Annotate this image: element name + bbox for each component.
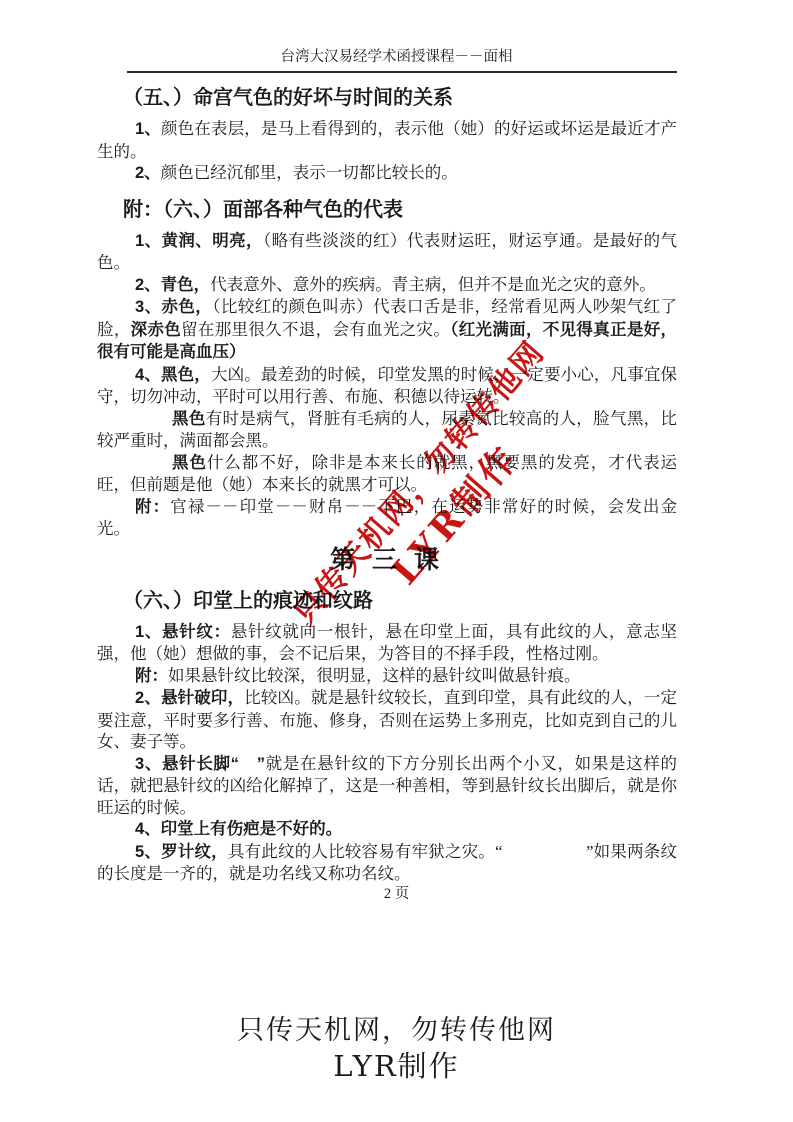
- bold-run: 附：: [135, 498, 170, 516]
- bold-run: 黑色: [172, 410, 206, 428]
- paragraph: 3、悬针长脚“ ”就是在悬针纹的下方分别长出两个小叉，如果是这样的话，就把悬针纹…: [97, 753, 677, 819]
- paragraph: 黑色什么都不好，除非是本来长的就黑，黑要黑的发亮，才代表运旺，但前题是他（她）本…: [97, 452, 677, 496]
- paragraph: 2、悬针破印，比较凶。就是悬针纹较长，直到印堂，具有此纹的人，一定要注意，平时要…: [97, 687, 677, 753]
- document-body: （五、）命宫气色的好坏与时间的关系1、颜色在表层，是马上看得到的，表示他（她）的…: [97, 85, 677, 885]
- page-number: 2 页: [0, 882, 793, 903]
- paragraph: 3、赤色，（比较红的颜色叫赤）代表口舌是非，经常看见两人吵架气红了脸，深赤色留在…: [97, 296, 677, 364]
- paragraph: 附：官禄－－印堂－－财帛－－下巴，在运势非常好的时候，会发出金光。: [97, 496, 677, 540]
- paragraph: 2、青色，代表意外、意外的疾病。青主病，但并不是血光之灾的意外。: [97, 274, 677, 297]
- paragraph: 1、悬针纹：悬针纹就向一根针，悬在印堂上面，具有此纹的人，意志坚强，他（她）想做…: [97, 621, 677, 665]
- lesson-title: 第 三 课: [97, 544, 677, 576]
- section-heading: （六、）印堂上的痕迹和纹路: [123, 588, 677, 615]
- bold-run: 2、悬针破印，: [135, 689, 244, 707]
- bold-run: 4、黑色，: [135, 366, 211, 384]
- paragraph: 1、颜色在表层，是马上看得到的，表示他（她）的好运或坏运是最近才产生的。: [97, 118, 677, 162]
- bold-run: 1、: [135, 120, 161, 138]
- text-run: 代表意外、意外的疾病。青主病，但并不是血光之灾的意外。: [210, 275, 656, 294]
- text-run: 如果悬针纹比较深，很明显，这样的悬针纹叫做悬针痕。: [168, 666, 581, 685]
- header-rule: [127, 71, 677, 73]
- document-page: 台湾大汉易经学术函授课程－－面相 （五、）命宫气色的好坏与时间的关系1、颜色在表…: [0, 0, 793, 1122]
- text-run: 颜色已经沉郁里，表示一切都比较长的。: [161, 163, 458, 182]
- bold-run: 深赤色: [131, 321, 181, 339]
- bold-run: 5、罗计纹，: [135, 843, 228, 861]
- bold-run: 黑色: [172, 454, 207, 472]
- bold-run: 1、黄润、明亮，: [135, 232, 263, 250]
- header-title: 台湾大汉易经学术函授课程－－面相: [0, 0, 793, 66]
- paragraph: 2、颜色已经沉郁里，表示一切都比较长的。: [97, 162, 677, 185]
- section-heading: （五、）命宫气色的好坏与时间的关系: [123, 85, 677, 112]
- paragraph: 黑色有时是病气，肾脏有毛病的人，尿素氮比较高的人，脸气黑，比较严重时，满面都会黑…: [97, 408, 677, 452]
- paragraph: 附：如果悬针纹比较深，很明显，这样的悬针纹叫做悬针痕。: [97, 665, 677, 688]
- footer-line-2: LYR制作: [0, 1048, 793, 1084]
- bold-run: 附：: [135, 667, 168, 685]
- text-run: 颜色在表层，是马上看得到的，表示他（她）的好运或坏运是最近才产生的。: [97, 119, 677, 161]
- section-heading: 附：（六、）面部各种气色的代表: [123, 197, 677, 224]
- footer: 只传天机网，勿转传他网 LYR制作: [0, 1014, 793, 1084]
- bold-run: 3、悬针长脚“ ”: [135, 755, 265, 773]
- paragraph: 5、罗计纹，具有此纹的人比较容易有牢狱之灾。“ ”如果两条纹的长度是一齐的，就是…: [97, 841, 677, 885]
- bold-run: 2、青色，: [135, 276, 210, 294]
- footer-line-1: 只传天机网，勿转传他网: [0, 1014, 793, 1048]
- text-run: 留在那里很久不退，会有血光之灾。: [181, 320, 450, 339]
- bold-run: 4、印堂上有伤疤是不好的。: [135, 820, 342, 838]
- bold-run: 2、: [135, 164, 161, 182]
- paragraph: 4、黑色，大凶。最差劲的时候，印堂发黑的时候，一定要小心，凡事宜保守，切勿冲动，…: [97, 364, 677, 408]
- paragraph: 1、黄润、明亮，（略有些淡淡的红）代表财运旺，财运亨通。是最好的气色。: [97, 230, 677, 274]
- paragraph: 4、印堂上有伤疤是不好的。: [97, 818, 677, 841]
- text-run: 官禄－－印堂－－财帛－－下巴，在运势非常好的时候，会发出金光。: [97, 497, 677, 539]
- bold-run: 1、悬针纹：: [135, 623, 231, 641]
- bold-run: 3、赤色，: [135, 298, 212, 316]
